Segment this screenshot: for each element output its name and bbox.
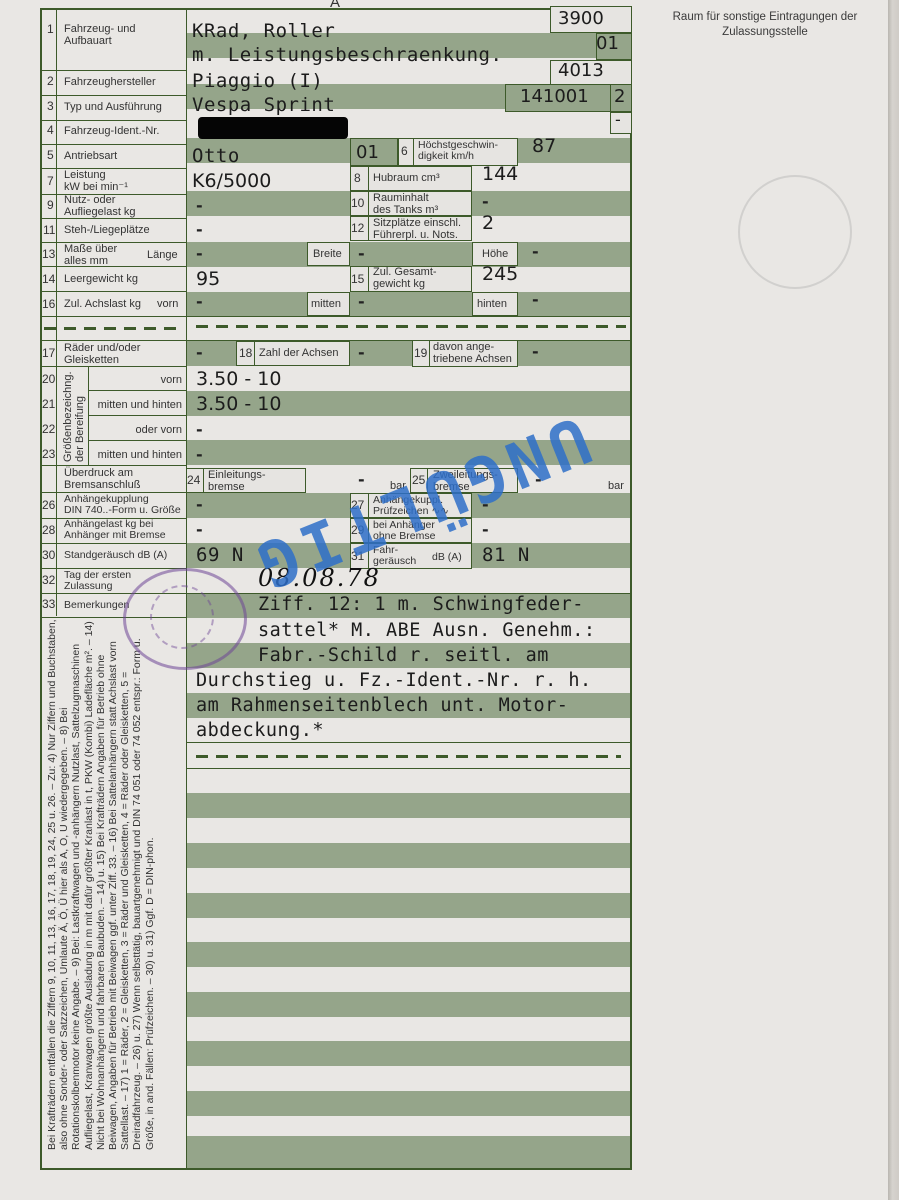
manufacturer-code: 4013 xyxy=(558,60,604,81)
field-label-power: LeistungkW bei min⁻¹ xyxy=(64,170,128,193)
field-label-vehicle-type: Fahrzeug- und Aufbauart xyxy=(64,24,179,47)
tyre-size-value: - xyxy=(196,420,203,439)
field-label-gross-weight: Zul. Gesamt-gewicht kg xyxy=(373,267,437,290)
field-number: 22 xyxy=(42,424,55,436)
remarks-line: Fabr.-Schild r. seitl. am xyxy=(258,645,549,666)
field-label-axle-load: Zul. Achslast kg xyxy=(64,299,141,311)
field-number: 2 xyxy=(47,76,54,88)
tyre-size-value: 3.50 - 10 xyxy=(196,393,281,415)
field-number: 33 xyxy=(42,599,55,611)
field-label-brake-pressure: Überdruck amBremsanschluß xyxy=(64,468,140,491)
field-number: 19 xyxy=(414,348,427,360)
field-label-tank: Rauminhaltdes Tanks m³ xyxy=(373,193,438,216)
field-label-manufacturer: Fahrzeughersteller xyxy=(64,77,156,89)
gross-weight-value: 245 xyxy=(482,263,518,285)
field-number: 24 xyxy=(187,475,200,487)
fuel-code: 01 xyxy=(356,142,379,163)
unit-db: dB (A) xyxy=(432,551,462,563)
field-number: 9 xyxy=(47,200,54,212)
type-check-digit: 2 xyxy=(614,86,625,107)
middle-axle-value: - xyxy=(358,292,365,311)
field-number: 18 xyxy=(239,348,252,360)
standing-value: - xyxy=(196,220,203,239)
tyre-position-label: mitten und hinten xyxy=(98,450,182,462)
field-number: 1 xyxy=(47,24,54,36)
field-number: 32 xyxy=(42,575,55,587)
trailer-braked-value: - xyxy=(196,520,203,539)
max-speed-value: 87 xyxy=(532,135,556,157)
vehicle-type-value-2: m. Leistungsbeschraenkung. xyxy=(192,44,502,66)
field-number: 15 xyxy=(351,274,364,286)
field-label-displacement: Hubraum cm³ xyxy=(373,173,440,185)
rear-axle-value: - xyxy=(532,290,539,309)
width-value: - xyxy=(358,244,365,263)
length-value: - xyxy=(196,244,203,263)
coupling-value: - xyxy=(196,495,203,514)
remarks-line: am Rahmenseitenblech unt. Motor- xyxy=(196,695,568,716)
faint-stamp-impression xyxy=(738,175,852,289)
width-label: Breite xyxy=(313,249,342,261)
field-number: 13 xyxy=(42,249,55,261)
field-number: 7 xyxy=(47,176,54,188)
field-label-wheels: Räder und/oderGleisketten xyxy=(64,343,140,366)
field-label-fuel: Antriebsart xyxy=(64,151,117,163)
vin-code: - xyxy=(615,110,621,129)
field-label-empty-weight: Leergewicht kg xyxy=(64,274,138,286)
footnotes: Bei Krafträdern entfallen die Ziffern 9,… xyxy=(46,610,186,1150)
field-label-first-registration: Tag der erstenZulassung xyxy=(64,570,131,592)
power-value: K6/5000 xyxy=(192,170,271,192)
registration-office-notes-header: Raum für sonstige Eintragungen der Zulas… xyxy=(650,10,880,40)
vehicle-type-subcode: 01 xyxy=(596,33,619,54)
standing-noise-value: 69 N xyxy=(196,544,244,566)
booklet-spine xyxy=(888,0,899,1200)
front-label: vorn xyxy=(157,299,178,311)
field-label-seats: Sitzplätze einschl.Führerpl. u. Nots. xyxy=(373,218,461,241)
remarks-line: sattel* M. ABE Ausn. Genehm.: xyxy=(258,620,596,641)
field-number: 5 xyxy=(47,150,54,162)
tyre-group-label: Größenbezeichng.der Bereifung xyxy=(62,372,86,463)
dash-separator xyxy=(196,325,626,328)
field-label-trailer-braked: Anhängelast kg beiAnhänger mit Bremse xyxy=(64,519,166,541)
dash-separator xyxy=(44,327,184,330)
vehicle-type-value: KRad, Roller xyxy=(192,20,335,42)
field-number: 12 xyxy=(351,223,364,235)
field-number: 23 xyxy=(42,449,55,461)
driven-axles-value: - xyxy=(532,342,539,361)
empty-weight-value: 95 xyxy=(196,268,220,290)
front-axle-value: - xyxy=(196,292,203,311)
field-number: 8 xyxy=(354,173,361,185)
field-label-standing: Steh-/Liegeplätze xyxy=(64,225,150,237)
field-label-standing-noise: Standgeräusch dB (A) xyxy=(64,550,167,561)
redacted-vin xyxy=(198,117,348,139)
vehicle-type-code: 3900 xyxy=(558,8,604,29)
field-number: 21 xyxy=(42,399,55,411)
field-label-type: Typ und Ausführung xyxy=(64,102,162,114)
height-value: - xyxy=(532,242,539,261)
field-label-dimensions: Maße überalles mm xyxy=(64,244,117,267)
payload-value: - xyxy=(196,196,203,215)
field-number: 6 xyxy=(401,146,408,158)
field-number: 16 xyxy=(42,299,55,311)
field-number: 17 xyxy=(42,348,55,360)
field-label-single-line-brake: Einleitungs-bremse xyxy=(208,470,265,493)
tyre-size-value: - xyxy=(196,445,203,464)
driving-noise-value: 81 N xyxy=(482,544,530,566)
field-number: 3 xyxy=(47,101,54,113)
field-number: 26 xyxy=(42,500,55,512)
rear-label: hinten xyxy=(477,299,507,311)
tyre-position-label: oder vorn xyxy=(136,425,182,437)
field-label-vin: Fahrzeug-Ident.-Nr. xyxy=(64,126,159,138)
field-label-coupling: AnhängekupplungDIN 740..-Form u. Größe xyxy=(64,494,181,516)
field-number: 11 xyxy=(43,225,55,237)
field-number: 10 xyxy=(351,198,364,210)
official-seal-emblem xyxy=(150,585,214,649)
field-label-axles: Zahl der Achsen xyxy=(259,348,339,360)
middle-label: mitten xyxy=(311,299,341,311)
wheels-value: - xyxy=(196,343,203,362)
remarks-line: abdeckung.* xyxy=(196,720,324,741)
tyre-position-label: vorn xyxy=(161,375,182,387)
displacement-value: 144 xyxy=(482,163,518,185)
tyre-size-value: 3.50 - 10 xyxy=(196,368,281,390)
manufacturer-value: Piaggio (I) xyxy=(192,70,323,92)
field-number: 4 xyxy=(47,125,54,137)
axles-value: - xyxy=(358,343,365,362)
dash-separator xyxy=(196,755,621,758)
field-label-max-speed: Höchstgeschwin-digkeit km/h xyxy=(418,140,518,162)
height-label: Höhe xyxy=(482,249,508,261)
type-code: 141001 xyxy=(520,86,589,107)
length-label: Länge xyxy=(147,250,178,262)
field-number: 30 xyxy=(42,550,55,562)
field-number: 20 xyxy=(42,374,55,386)
remarks-line: Ziff. 12: 1 m. Schwingfeder- xyxy=(258,594,584,615)
tank-value: - xyxy=(482,192,489,211)
unit-bar: bar xyxy=(608,480,624,492)
field-label-payload: Nutz- oderAufliegelast kg xyxy=(64,195,136,218)
field-number: 14 xyxy=(42,274,55,286)
field-number: 28 xyxy=(42,525,55,537)
remarks-line: Durchstieg u. Fz.-Ident.-Nr. r. h. xyxy=(196,670,592,691)
tyre-position-label: mitten und hinten xyxy=(98,400,182,412)
fuel-value: Otto xyxy=(192,145,240,167)
seats-value: 2 xyxy=(482,212,494,234)
trailer-unbraked-value: - xyxy=(482,520,489,539)
type-value: Vespa Sprint xyxy=(192,94,335,116)
field-label-driven-axles: davon ange-triebene Achsen xyxy=(433,342,512,365)
